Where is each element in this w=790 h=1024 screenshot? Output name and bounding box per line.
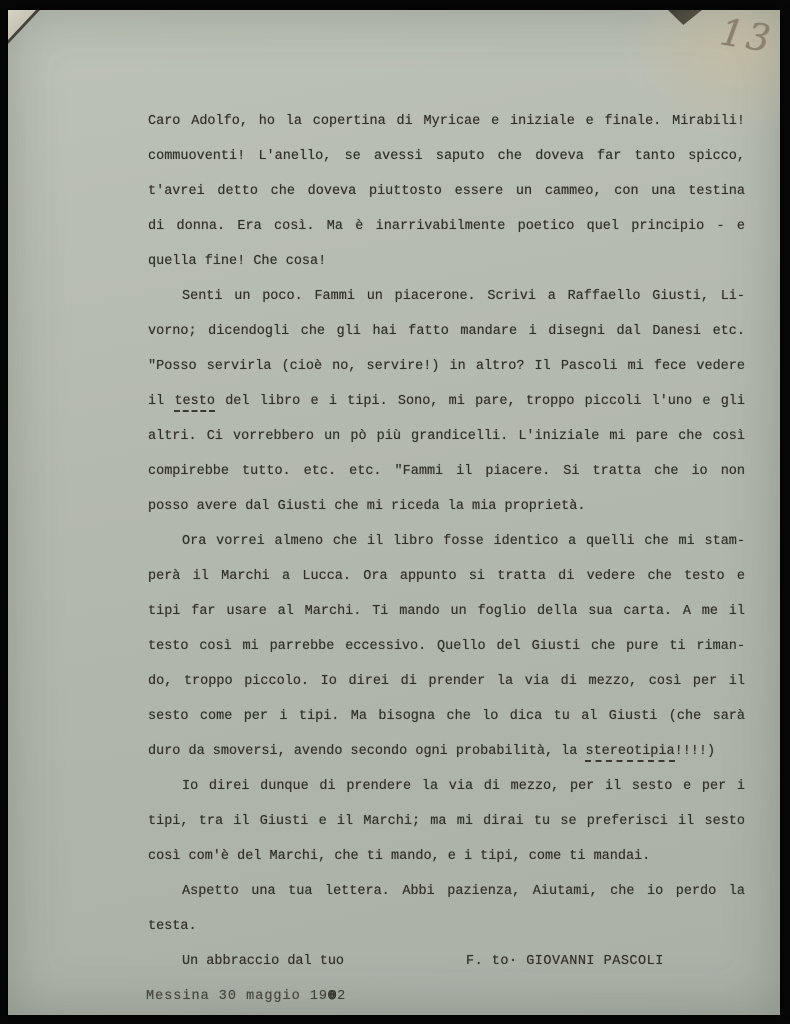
handwritten-page-number: 13 <box>717 10 776 61</box>
text-segment: Caro Adolfo, ho la copertina di Myricae … <box>148 114 745 129</box>
closing-row: Un abbraccio dal tuo F. to· GIOVANNI PAS… <box>148 944 745 979</box>
text-segment: tipi far usare al Marchi. Ti mando un fo… <box>148 604 745 619</box>
letter-line: il testo del libro e i tipi. Sono, mi pa… <box>148 384 745 419</box>
underlined-word: testo <box>174 394 215 412</box>
letter-line: Ora vorrei almeno che il libro fosse ide… <box>148 524 745 559</box>
letter-line: "Posso servirla (cioè no, servire!) in a… <box>148 349 745 384</box>
letter-line: t'avrei detto che doveva piuttosto esser… <box>148 174 745 209</box>
text-segment: quella fine! Che cosa! <box>148 254 326 269</box>
text-segment: vorno; dicendogli che gli hai fatto mand… <box>148 324 745 339</box>
text-segment: di donna. Era così. Ma è inarrivabilment… <box>148 219 745 234</box>
text-segment: commuoventi! L'anello, se avessi saputo … <box>148 149 745 164</box>
text-segment: Messina 30 maggio 19 <box>146 989 328 1004</box>
letter-line: duro da smoversi, avendo secondo ogni pr… <box>148 734 745 769</box>
letter-line: compirebbe tutto. etc. etc. "Fammi il pi… <box>148 454 745 489</box>
letter-line: do, troppo piccolo. Io direi di prender … <box>148 664 745 699</box>
letter-line: Senti un poco. Fammi un piacerone. Scriv… <box>148 279 745 314</box>
text-segment: do, troppo piccolo. Io direi di prender … <box>148 674 745 689</box>
letter-line: sesto come per i tipi. Ma bisogna che lo… <box>148 699 745 734</box>
letter-line: così com'è del Marchi, che ti mando, e i… <box>148 839 745 874</box>
letter-line: posso avere dal Giusti che mi riceda la … <box>148 489 745 524</box>
top-edge-notch <box>668 10 702 25</box>
corner-fold <box>8 10 36 40</box>
dateline: Messina 30 maggio 1902 <box>146 979 346 1014</box>
letter-line: testa. <box>148 909 745 944</box>
letter-line: perà il Marchi a Lucca. Ora appunto si t… <box>148 559 745 594</box>
text-segment: Aspetto una tua lettera. Abbi pazienza, … <box>182 884 745 899</box>
letter-line: di donna. Era così. Ma è inarrivabilment… <box>148 209 745 244</box>
text-segment: Io direi dunque di prendere la via di me… <box>182 779 745 794</box>
underlined-word: stereotipia <box>585 744 674 762</box>
text-segment: perà il Marchi a Lucca. Ora appunto si t… <box>148 569 745 584</box>
letter-line: Caro Adolfo, ho la copertina di Myricae … <box>148 104 745 139</box>
text-segment: testa. <box>148 919 197 934</box>
closing-salutation: Un abbraccio dal tuo <box>182 944 344 979</box>
text-segment: !!!!) <box>675 744 716 759</box>
letter-body: Caro Adolfo, ho la copertina di Myricae … <box>148 104 745 944</box>
text-segment: t'avrei detto che doveva piuttosto esser… <box>148 184 745 199</box>
text-segment: così com'è del Marchi, che ti mando, e i… <box>148 849 650 864</box>
letter-line: vorno; dicendogli che gli hai fatto mand… <box>148 314 745 349</box>
text-segment: sesto come per i tipi. Ma bisogna che lo… <box>148 709 745 724</box>
letter-line: altri. Ci vorrebbero un pò più grandicel… <box>148 419 745 454</box>
letter-line: Io direi dunque di prendere la via di me… <box>148 769 745 804</box>
letter-line: tipi, tra il Giusti e il Marchi; ma mi d… <box>148 804 745 839</box>
signature-line: F. to· GIOVANNI PASCOLI <box>466 944 664 979</box>
overstruck-char: 0 <box>328 989 337 1004</box>
text-segment: il <box>148 394 174 409</box>
text-segment: "Posso servirla (cioè no, servire!) in a… <box>148 359 745 374</box>
text-segment: Ora vorrei almeno che il libro fosse ide… <box>182 534 745 549</box>
letter-line: quella fine! Che cosa! <box>148 244 745 279</box>
text-segment: del libro e i tipi. Sono, mi pare, tropp… <box>215 394 745 409</box>
text-segment: 2 <box>337 989 346 1004</box>
text-segment: testo così mi parrebbe eccessivo. Quello… <box>148 639 745 654</box>
letter-paper: 13 Caro Adolfo, ho la copertina di Myric… <box>8 10 780 1015</box>
text-segment: Senti un poco. Fammi un piacerone. Scriv… <box>182 289 745 304</box>
text-segment: posso avere dal Giusti che mi riceda la … <box>148 499 585 514</box>
text-segment: compirebbe tutto. etc. etc. "Fammi il pi… <box>148 464 745 479</box>
letter-line: tipi far usare al Marchi. Ti mando un fo… <box>148 594 745 629</box>
letter-line: Aspetto una tua lettera. Abbi pazienza, … <box>148 874 745 909</box>
letter-line: commuoventi! L'anello, se avessi saputo … <box>148 139 745 174</box>
text-segment: altri. Ci vorrebbero un pò più grandicel… <box>148 429 745 444</box>
text-segment: duro da smoversi, avendo secondo ogni pr… <box>148 744 585 759</box>
text-segment: tipi, tra il Giusti e il Marchi; ma mi d… <box>148 814 745 829</box>
letter-line: testo così mi parrebbe eccessivo. Quello… <box>148 629 745 664</box>
